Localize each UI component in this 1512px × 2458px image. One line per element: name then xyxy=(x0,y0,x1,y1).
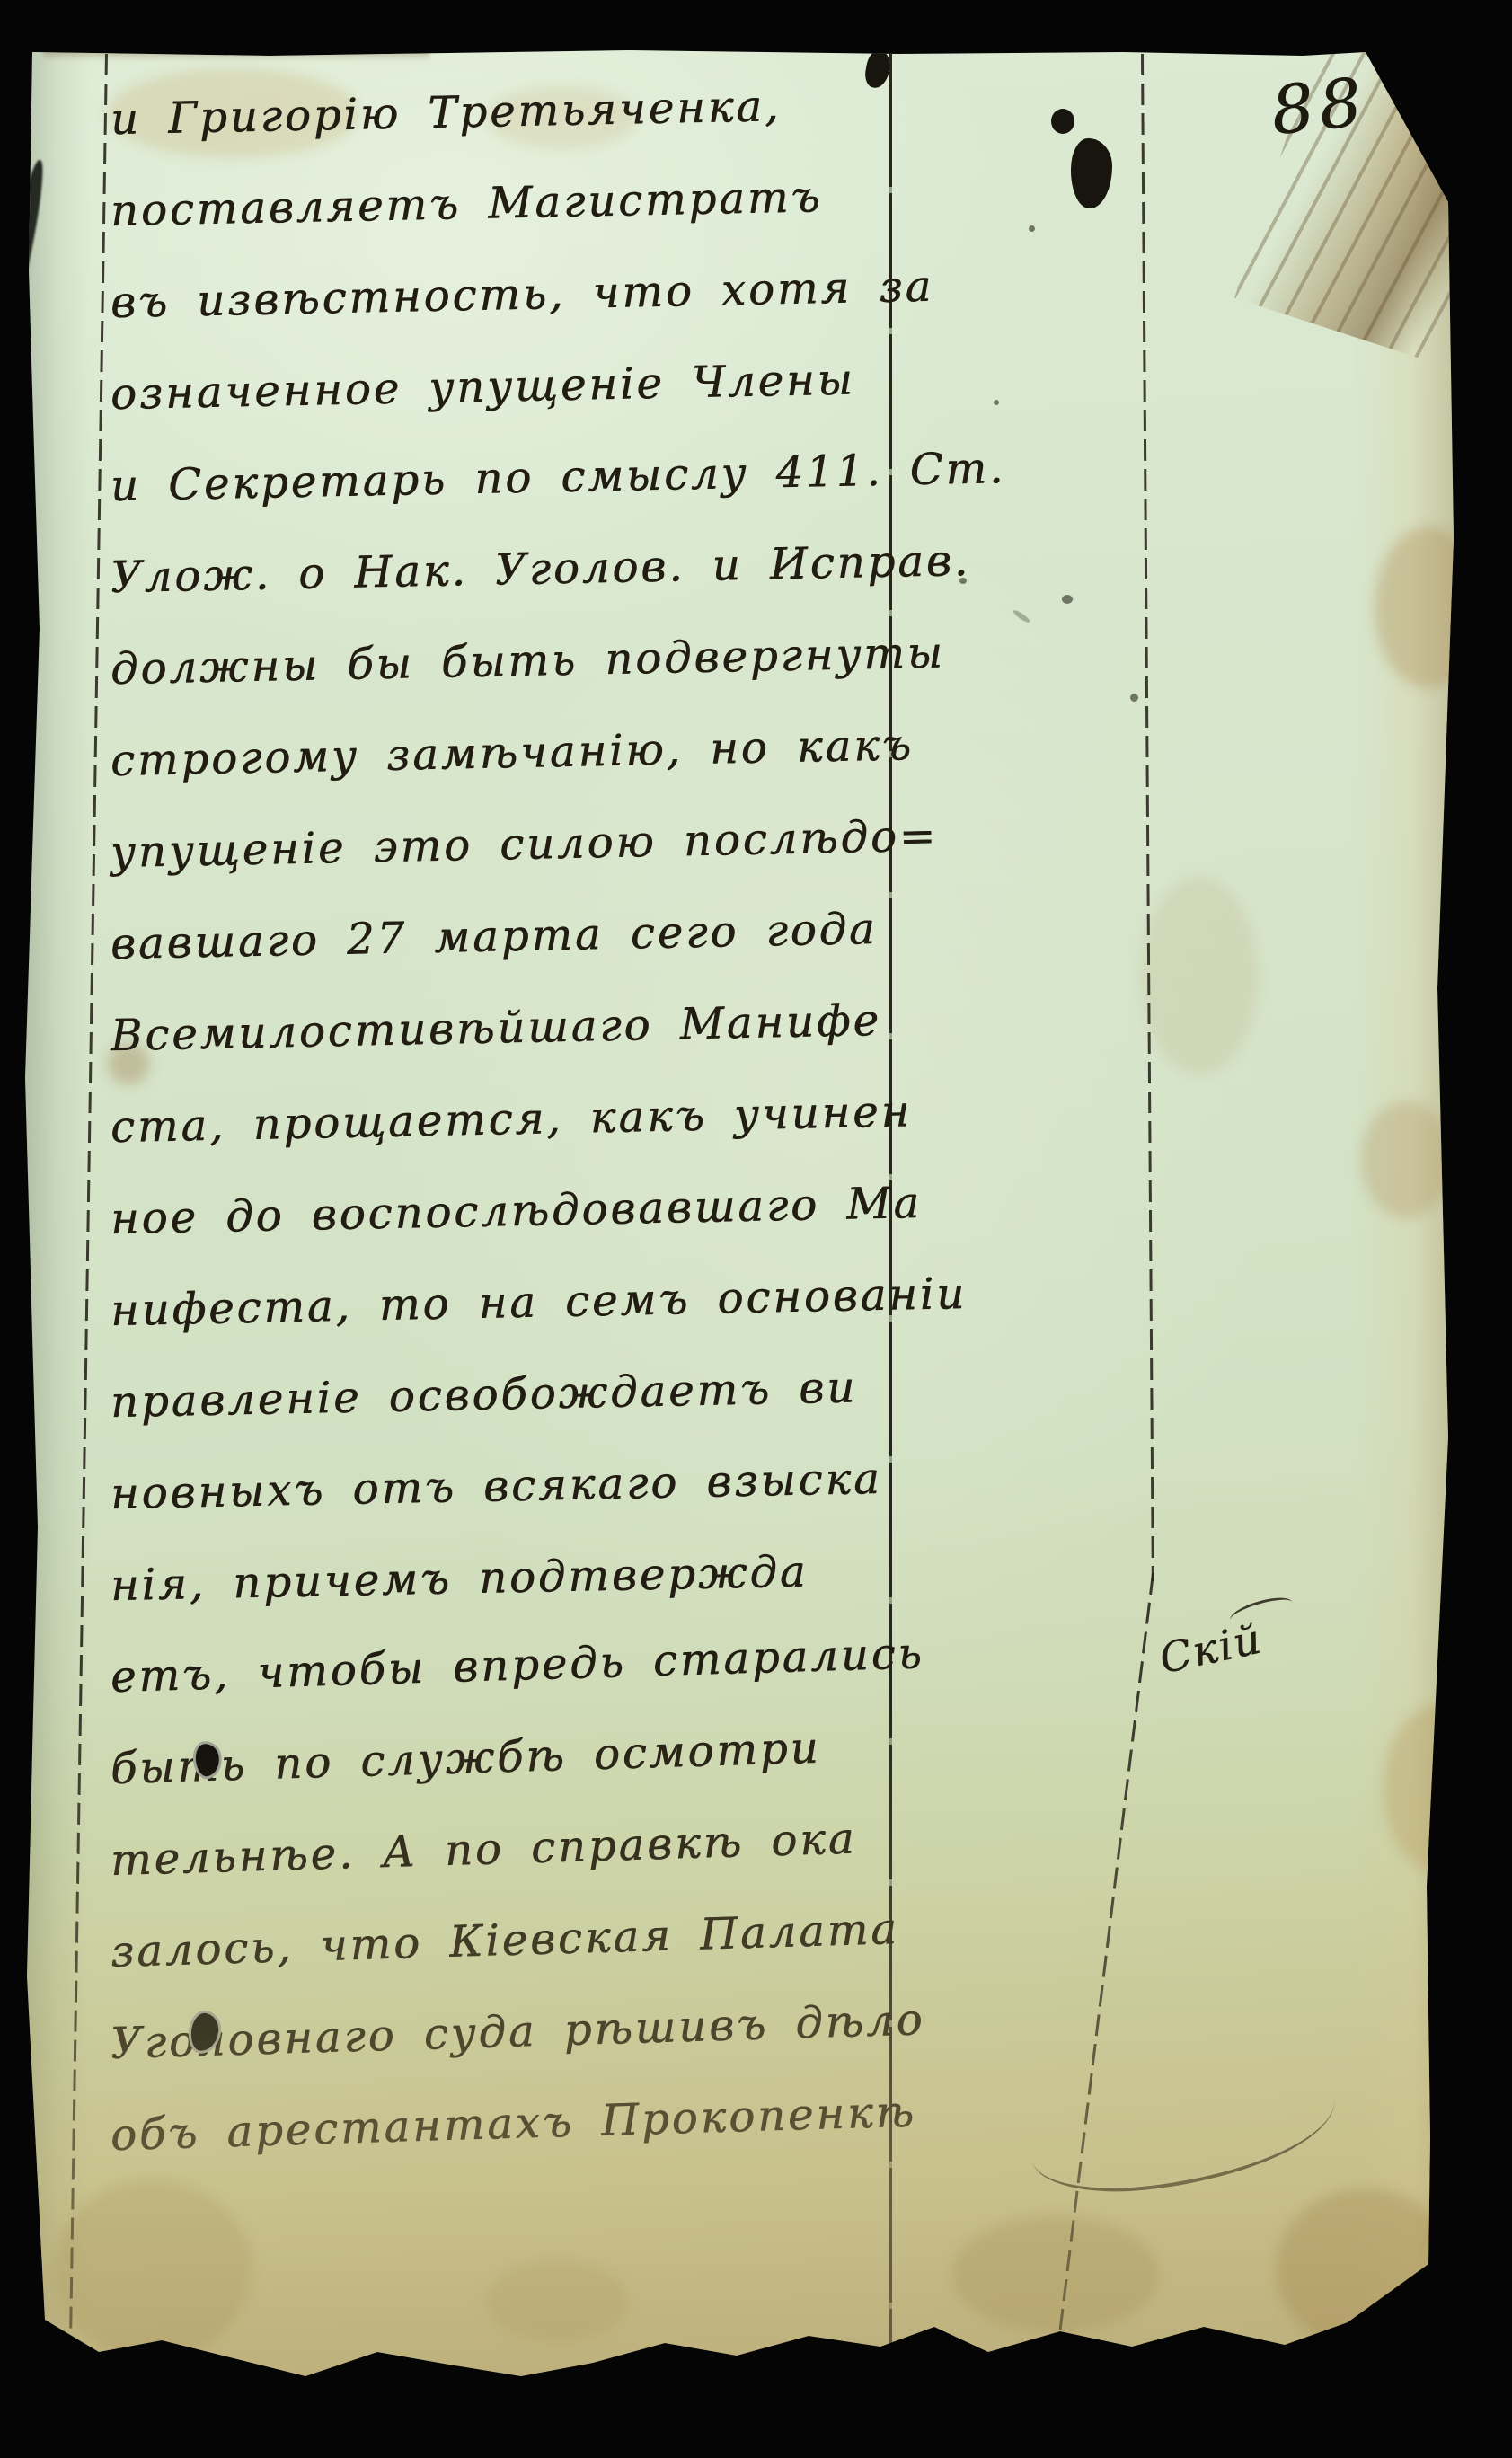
ink-speck xyxy=(994,400,999,405)
ink-speck xyxy=(1012,608,1030,624)
manuscript-line: Улож. о Нак. Уголов. и Исправ. xyxy=(110,516,911,623)
manuscript-line: должны бы быть подвергнуты xyxy=(110,607,911,715)
manuscript-line: и Григорію Третьяченка, xyxy=(110,57,911,165)
manuscript-line: правленіе освобождаетъ ви xyxy=(110,1340,911,1448)
curled-corner xyxy=(1234,0,1512,362)
manuscript-line: въ извѣстность, что хотя за xyxy=(110,241,911,349)
ink-blot xyxy=(1051,109,1074,134)
ink-speck xyxy=(959,578,967,584)
manuscript-line: ное до воспослѣдовавшаго Ма xyxy=(110,1157,911,1265)
edge-rule-left xyxy=(2,59,24,2359)
stain xyxy=(952,2215,1159,2332)
manuscript-line: Всемилостивѣйшаго Манифе xyxy=(110,974,911,1082)
manuscript-line: и Секретарь по смыслу 411. Ст. xyxy=(110,424,911,532)
manuscript-line: нифеста, то на семъ основаніи xyxy=(110,1249,911,1357)
manuscript-line: новныхъ отъ всякаго взыска xyxy=(110,1432,911,1540)
manuscript-text: и Григорію Третьяченка, поставляетъ Маги… xyxy=(111,74,910,2181)
margin-rule xyxy=(68,54,108,2377)
manuscript-line: поставляетъ Магистратъ xyxy=(110,149,911,257)
ink-blot xyxy=(1071,138,1112,208)
ink-speck xyxy=(1062,595,1073,604)
column-rule-right-upper xyxy=(1141,54,1154,1581)
ink-speck xyxy=(1029,225,1035,232)
page-number: 88 xyxy=(1268,64,1371,151)
stain xyxy=(1361,1101,1451,1218)
manuscript-line: строгому замѣчанію, но какъ xyxy=(110,699,911,807)
manuscript-page: и Григорію Третьяченка, поставляетъ Маги… xyxy=(18,41,1461,2399)
scan-background: { "page": { "number": "88", "margin_note… xyxy=(0,0,1512,2458)
manuscript-line: означенное упущеніе Члены xyxy=(110,332,911,440)
torn-top-edge xyxy=(43,45,429,61)
stain xyxy=(54,2179,252,2359)
stain xyxy=(485,2260,629,2341)
page-edge-shading xyxy=(1353,41,1461,2399)
manuscript-line: вавшаго 27 марта сего года xyxy=(110,882,911,990)
signature-flourish xyxy=(1027,2081,1342,2204)
margin-note-flourish xyxy=(1227,1593,1295,1631)
stain xyxy=(1141,877,1258,1074)
stain xyxy=(1276,2188,1455,2350)
manuscript-line: ста, прощается, какъ учинен xyxy=(110,1065,911,1173)
stain xyxy=(1375,526,1482,688)
torn-edge-fragment xyxy=(0,158,50,351)
ink-speck xyxy=(1130,694,1138,702)
manuscript-line: упущеніе это силою послѣдо= xyxy=(110,791,911,898)
stain xyxy=(1384,1703,1500,1874)
